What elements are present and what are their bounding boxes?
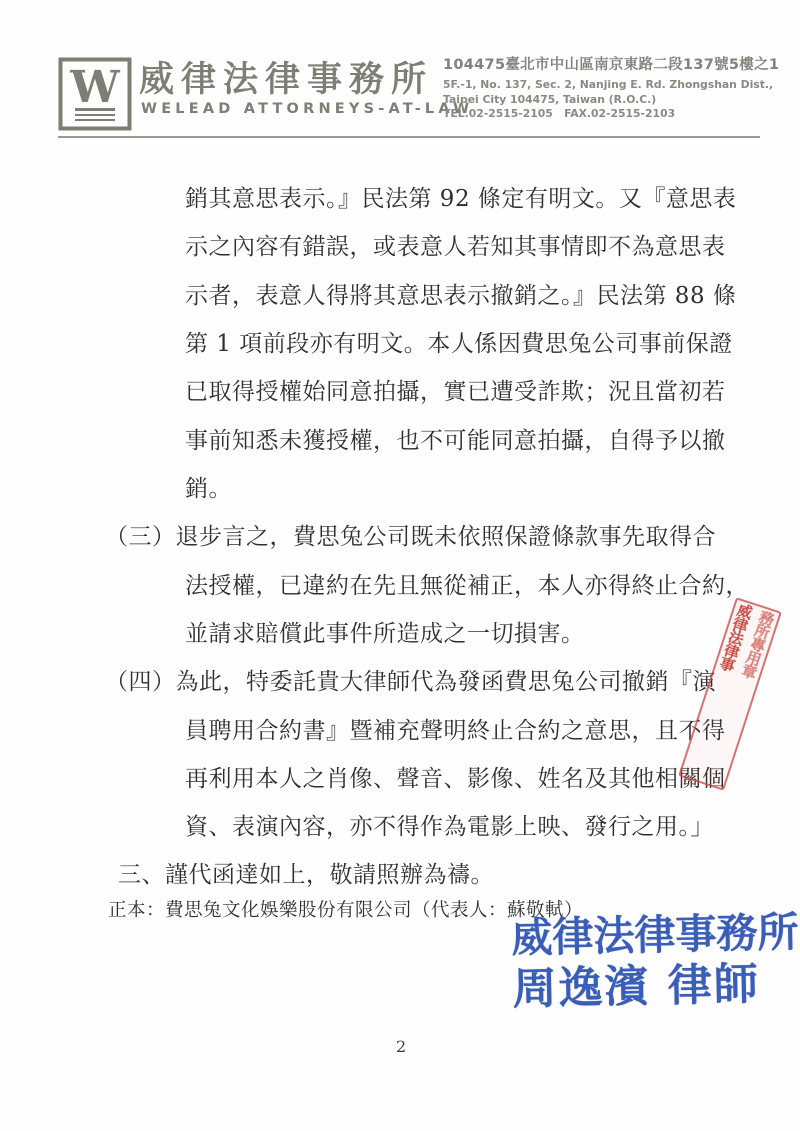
address-en-line2: Taipei City 104475, Taiwan (R.O.C.) (443, 93, 773, 108)
address-zh: 104475臺北市中山區南京東路二段137號5樓之1 (443, 53, 779, 74)
letterhead-divider (58, 136, 760, 138)
body-line-item-4: （四）為此，特委託貴大律師代為發函費思兔公司撤銷『演 (105, 663, 716, 696)
body-line: 已取得授權始同意拍攝，實已遭受詐欺；況且當初若 (185, 373, 726, 406)
firm-logo-graphic: W (58, 57, 132, 131)
logo-w-letter: W (69, 62, 120, 113)
body-line: 員聘用合約書』暨補充聲明終止合約之意思，且不得 (185, 712, 726, 745)
body-line: 法授權，已違約在先且無從補正，本人亦得終止合約， (185, 567, 749, 600)
firm-logo: W (58, 57, 132, 131)
body-line-closing: 三、謹代函達如上，敬請照辦為禱。 (118, 856, 494, 889)
attorney-stamp-lawyer-name: 周逸濱 律師 (512, 957, 800, 1017)
body-line: 並請求賠償此事件所造成之一切損害。 (185, 615, 585, 648)
body-line: 第 1 項前段亦有明文。本人係因費思兔公司事前保證 (185, 325, 733, 358)
contact-line: TEL.02-2515-2105 FAX.02-2515-2103 (443, 107, 773, 122)
firm-name-en: WELEAD ATTORNEYS-AT-LAW (141, 101, 473, 117)
page-number: 2 (396, 1037, 406, 1056)
firm-name-zh: 威律法律事務所 (139, 52, 439, 102)
body-line: 事前知悉未獲授權，也不可能同意拍攝，自得予以撤 (185, 422, 726, 455)
body-line: 銷其意思表示。』民法第 92 條定有明文。又『意思表 (185, 180, 736, 213)
letterhead: W 威律法律事務所 WELEAD ATTORNEYS-AT-LAW 104475… (0, 0, 800, 145)
body-line: 資、表演內容，亦不得作為電影上映、發行之用。」 (185, 808, 714, 841)
body-line: 再利用本人之肖像、聲音、影像、姓名及其他相關個 (185, 760, 726, 793)
body-line: 示者，表意人得將其意思表示撤銷之。』民法第 88 條 (185, 277, 736, 310)
address-en-line1: 5F.-1, No. 137, Sec. 2, Nanjing E. Rd. Z… (443, 78, 773, 93)
attorney-stamp-firm-name: 威律法律事務所 (511, 907, 800, 963)
body-line-item-3: （三）退步言之，費思兔公司既未依照保證條款事先取得合 (105, 518, 716, 551)
attorney-signature-stamp: 威律法律事務所 周逸濱 律師 (511, 907, 800, 1017)
address-en: 5F.-1, No. 137, Sec. 2, Nanjing E. Rd. Z… (443, 78, 773, 122)
document-page: W 威律法律事務所 WELEAD ATTORNEYS-AT-LAW 104475… (0, 0, 800, 1131)
body-line: 銷。 (185, 470, 232, 503)
body-line: 示之內容有錯誤，或表意人若知其事情即不為意思表 (185, 228, 726, 261)
